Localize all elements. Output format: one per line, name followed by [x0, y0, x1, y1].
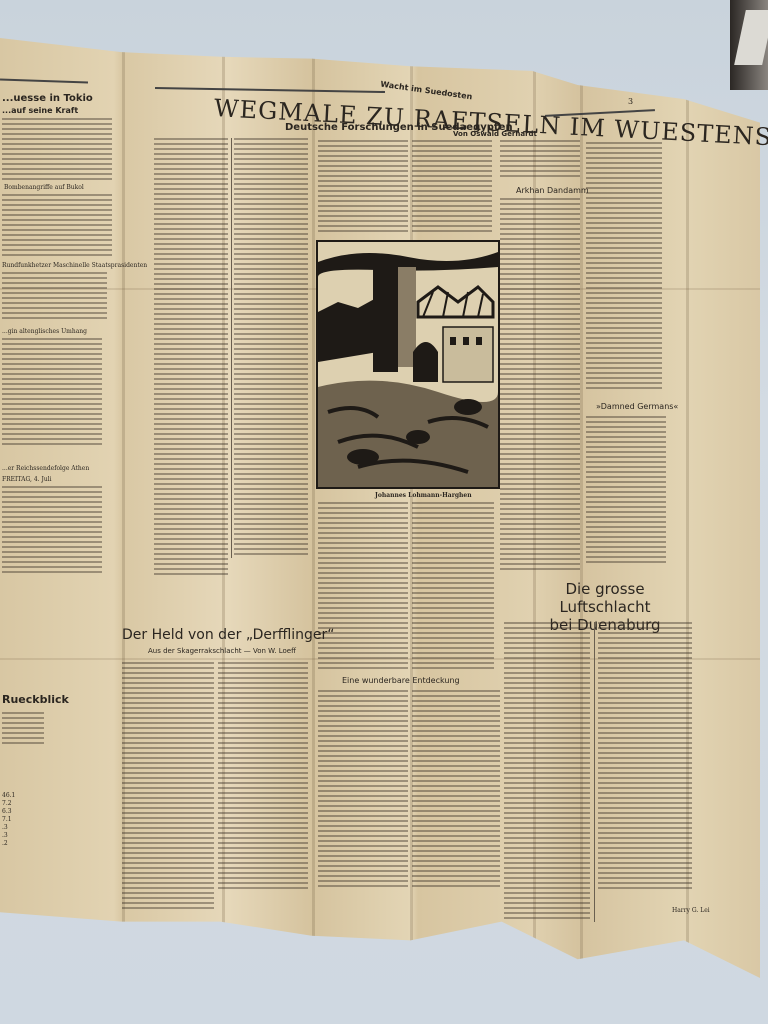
- text-column: [2, 712, 44, 746]
- text-column: [2, 118, 112, 180]
- fold-line: [312, 38, 315, 978]
- left-item: ...er Reichssendefolge Athen: [2, 465, 89, 472]
- text-column: [598, 622, 692, 892]
- text-column: [122, 662, 214, 912]
- text-column: [234, 138, 308, 558]
- headline-line: Die grosse Luftschlacht: [525, 580, 685, 616]
- left-item: ...gin altenglisches Umhang: [2, 328, 87, 335]
- text-column: [500, 198, 580, 573]
- column-rule: [594, 622, 595, 922]
- text-column: [586, 142, 662, 392]
- text-column: [218, 662, 308, 892]
- section-head: »Damned Germans«: [596, 402, 678, 411]
- page-number: 3: [628, 97, 633, 106]
- text-column: [2, 272, 107, 322]
- story-signature: Harry G. Lei: [672, 907, 710, 914]
- text-column: [412, 502, 494, 672]
- left-headline: ...uesse in Tokio: [2, 93, 93, 104]
- text-column: [154, 138, 228, 578]
- text-column: [318, 140, 408, 235]
- text-column: [586, 416, 666, 566]
- left-table: 46.1 7.2 6.3 7.1 .3 .3 .2: [2, 784, 15, 848]
- left-item-rueckblick: Rueckblick: [2, 693, 69, 706]
- story-derfflinger-subhead: Aus der Skagerrakschlacht — Von W. Loeff: [148, 647, 296, 655]
- text-column: [500, 140, 580, 180]
- illustration-caption: Johannes Lohmann-Harghen: [375, 492, 472, 499]
- left-item: Rundfunkhetzer Maschinelle Staatspraside…: [2, 262, 147, 269]
- section-head: Arkhan Dandamm: [516, 186, 589, 195]
- story-derfflinger-headline: Der Held von der „Derfflinger“: [122, 626, 335, 644]
- text-column: [318, 690, 408, 890]
- column-rule: [231, 138, 232, 558]
- text-column: [504, 622, 590, 922]
- woodcut-illustration: [316, 240, 500, 489]
- text-column: [318, 502, 408, 672]
- left-item: Bombenangriffe auf Bukol: [4, 184, 84, 191]
- text-column: [2, 194, 112, 256]
- text-column: [2, 338, 102, 446]
- text-column: [412, 140, 492, 235]
- story-center-headline: Eine wunderbare Entdeckung: [342, 676, 460, 685]
- text-column: [2, 486, 102, 576]
- left-item: FREITAG, 4. Juli: [2, 476, 52, 483]
- text-column: [412, 690, 500, 890]
- main-byline: Von Oswald Gerhardt: [453, 130, 537, 138]
- left-subhead: ...auf seine Kraft: [2, 106, 78, 115]
